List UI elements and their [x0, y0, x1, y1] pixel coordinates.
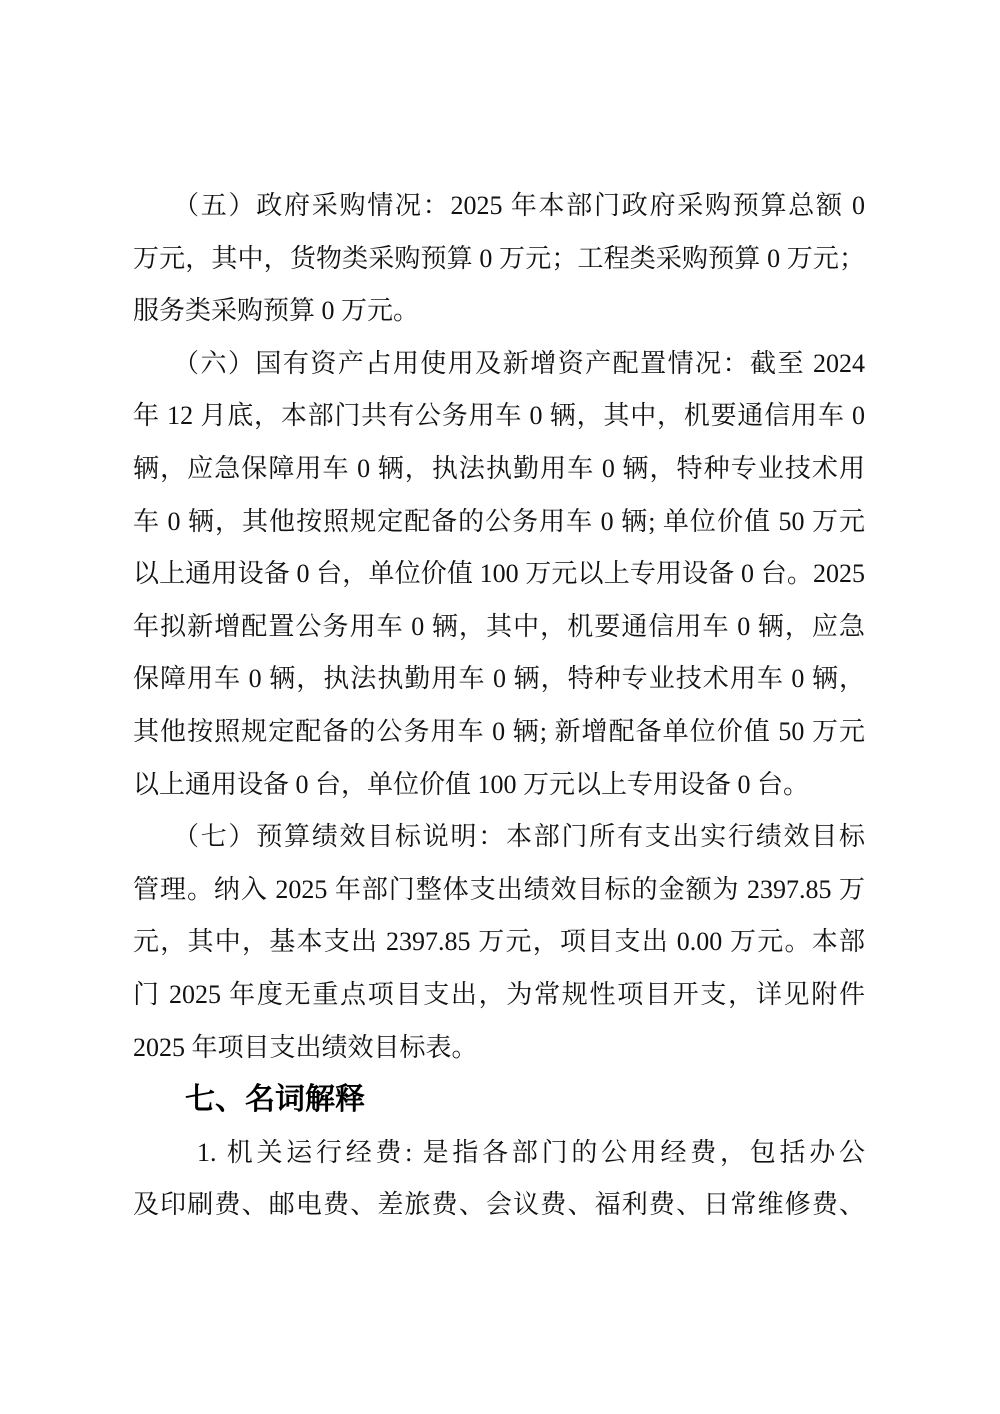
text-line: 车 0 辆，其他按照规定配备的公务用车 0 辆; 单位价值 50 万元	[133, 496, 865, 549]
text-line: 七、名词解释	[133, 1074, 865, 1127]
document-content: （五）政府采购情况：2025 年本部门政府采购预算总额 0万元，其中，货物类采购…	[133, 180, 865, 1232]
paragraph-section-6-state-assets: （六）国有资产占用使用及新增资产配置情况：截至 2024年 12 月底，本部门共…	[133, 338, 865, 811]
text-line: （六）国有资产占用使用及新增资产配置情况：截至 2024	[133, 338, 865, 391]
text-line: （五）政府采购情况：2025 年本部门政府采购预算总额 0	[133, 180, 865, 233]
text-line: 保障用车 0 辆，执法执勤用车 0 辆，特种专业技术用车 0 辆，	[133, 653, 865, 706]
section-heading-glossary: 七、名词解释	[133, 1074, 865, 1127]
document-page: （五）政府采购情况：2025 年本部门政府采购预算总额 0万元，其中，货物类采购…	[0, 0, 1000, 1414]
text-line: 管理。纳入 2025 年部门整体支出绩效目标的金额为 2397.85 万	[133, 864, 865, 917]
text-line: 1. 机关运行经费: 是指各部门的公用经费，包括办公	[133, 1127, 865, 1180]
text-line: 年拟新增配置公务用车 0 辆，其中，机要通信用车 0 辆，应急	[133, 601, 865, 654]
text-line: 辆，应急保障用车 0 辆，执法执勤用车 0 辆，特种专业技术用	[133, 443, 865, 496]
text-line: （七）预算绩效目标说明：本部门所有支出实行绩效目标	[133, 811, 865, 864]
text-line: 年 12 月底，本部门共有公务用车 0 辆，其中，机要通信用车 0	[133, 390, 865, 443]
text-line: 2025 年项目支出绩效目标表。	[133, 1022, 865, 1075]
text-line: 其他按照规定配备的公务用车 0 辆; 新增配备单位价值 50 万元	[133, 706, 865, 759]
text-line: 及印刷费、邮电费、差旅费、会议费、福利费、日常维修费、	[133, 1179, 865, 1232]
text-line: 元，其中，基本支出 2397.85 万元，项目支出 0.00 万元。本部	[133, 916, 865, 969]
text-line: 以上通用设备 0 台，单位价值 100 万元以上专用设备 0 台。	[133, 759, 865, 812]
text-line: 服务类采购预算 0 万元。	[133, 285, 865, 338]
text-line: 万元，其中，货物类采购预算 0 万元；工程类采购预算 0 万元；	[133, 233, 865, 286]
text-line: 门 2025 年度无重点项目支出，为常规性项目开支，详见附件	[133, 969, 865, 1022]
paragraph-section-7-performance-targets: （七）预算绩效目标说明：本部门所有支出实行绩效目标管理。纳入 2025 年部门整…	[133, 811, 865, 1074]
text-line: 以上通用设备 0 台，单位价值 100 万元以上专用设备 0 台。2025	[133, 548, 865, 601]
paragraph-glossary-item-1: 1. 机关运行经费: 是指各部门的公用经费，包括办公及印刷费、邮电费、差旅费、会…	[133, 1127, 865, 1232]
paragraph-section-5-government-procurement: （五）政府采购情况：2025 年本部门政府采购预算总额 0万元，其中，货物类采购…	[133, 180, 865, 338]
